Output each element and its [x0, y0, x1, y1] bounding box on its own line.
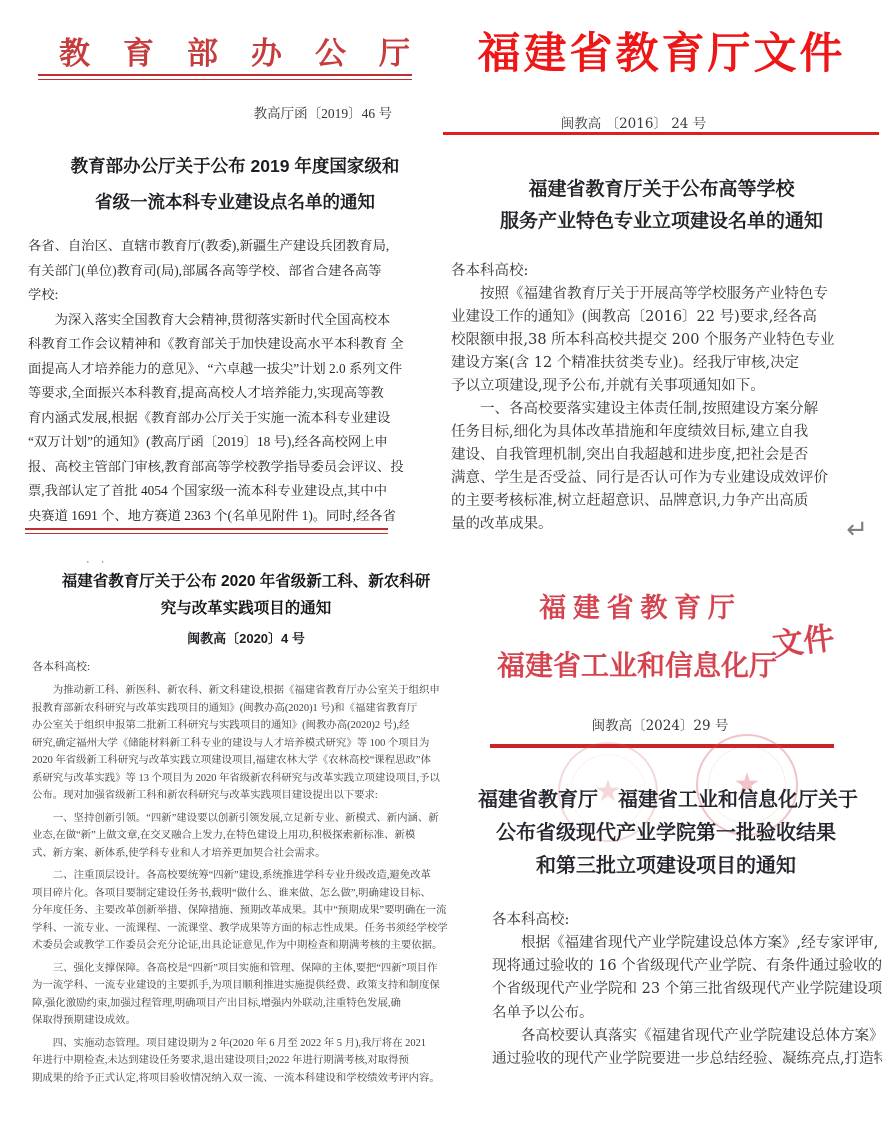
- text-line: 按照《福建省教育厅关于开展高等学校服务产业特色专: [451, 283, 875, 306]
- document-number: 闽教高〔2020〕4 号: [20, 628, 472, 647]
- text-line: 建设方案(含 12 个精准扶贫类专业)。经我厅审核,决定: [451, 352, 875, 375]
- text-line: 根据《福建省现代产业学院建设总体方案》,经专家评审,: [492, 932, 868, 955]
- paragraph: 各省、自治区、直辖市教育厅(教委),新疆生产建设兵团教育局,有关部门(单位)教育…: [28, 234, 432, 308]
- document-moe-office-2019: 教 育 部 办 公 厅 教高厅函〔2019〕46 号 教育部办公厅关于公布 20…: [20, 12, 450, 556]
- document-number: 闽教高〔2024〕29 号: [478, 714, 842, 734]
- document-number: 闽教高 〔2016〕 24 号: [413, 112, 854, 132]
- text-line: 四、实施动态管理。项目建设期为 2 年(2020 年 6 月至 2022 年 5…: [32, 1035, 472, 1053]
- header-double-rule: [38, 74, 412, 80]
- footer-double-rule: [25, 528, 388, 534]
- paragraph: 为深入落实全国教育大会精神,贯彻落实新时代全国高校本科教育工作会议精神和《教育部…: [28, 308, 432, 529]
- document-fujian-edu-2016: 福建省教育厅文件 闽教高 〔2016〕 24 号 福建省教育厅关于公布高等学校服…: [441, 12, 882, 556]
- text-line: 业态,在做“新”上做文章,在交叉融合上发力,在特色建设上用功,积极探索新标准、新…: [32, 827, 472, 845]
- text-line: 式、新方案、新体系,使学科专业和人才培养更加契合社会需求。: [32, 845, 472, 863]
- text-line: 学科、一流专业、一流课程、一流课堂、教学成果等方面的标志性成果。任务书须经学校学: [32, 920, 472, 938]
- paragraph: 三、强化支撑保障。各高校是“四新”项目实施和管理、保障的主体,要把“四新”项目作…: [32, 960, 472, 1030]
- paragraph: 根据《福建省现代产业学院建设总体方案》,经专家评审,现将通过验收的 16 个省级…: [492, 932, 868, 1025]
- paragraph: 一、坚持创新引领。“四新”建设要以创新引领发展,立足新专业、新模式、新内涵、新业…: [32, 810, 472, 863]
- text-line: 票,我部认定了首批 4054 个国家级一流本科专业建设点,其中中: [28, 479, 432, 504]
- text-line: 分年度任务、主要改革创新举措、保障措施、预期改革成果。其中“预期成果”要明确在一…: [32, 902, 472, 920]
- text-line: 公布。现对加强省级新工科和新农科研究与改革实践项目建设提出以下要求:: [32, 787, 472, 805]
- text-line: 服务产业特色专业立项建设名单的通知: [441, 206, 882, 238]
- text-line: 校限额申报,38 所本科高校共提交 200 个服务产业特色专业: [451, 329, 875, 352]
- document-title: 教育部办公厅关于公布 2019 年度国家级和省级一流本科专业建设点名单的通知: [20, 148, 450, 220]
- text-line: 业建设工作的通知》(闽教高〔2016〕22 号)要求,经各高: [451, 306, 875, 329]
- text-line: 系研究与改革实践》等 13 个项目为 2020 年省级新农科研究与改革实践立项建…: [32, 770, 472, 788]
- text-line: 通过验收的现代产业学院要进一步总结经验、凝练亮点,打造特: [492, 1048, 868, 1071]
- text-line: 予以立项建设,现予公布,并就有关事项通知如下。: [451, 375, 875, 398]
- text-line: “双万计划”的通知》(教高厅函〔2019〕18 号),经各高校网上申: [28, 430, 432, 455]
- paragraph: 二、注重顶层设计。各高校要统筹“四新”建设,系统推进学科专业升级改造,避免改革项…: [32, 867, 472, 955]
- text-line: 一、各高校要落实建设主体责任制,按照建设方案分解: [451, 398, 875, 421]
- text-line: 2020 年省级新工科研究与改革实践立项建设项目,福建农林大学《农林高校“课程思…: [32, 752, 472, 770]
- text-line: 研究,确定福州大学《储能材料新工科专业的建设与人才培养模式研究》等 100 个项…: [32, 735, 472, 753]
- text-line: 项目碎片化。各项目要制定建设任务书,载明“做什么、谁来做、怎么做”,明确建设目标…: [32, 885, 472, 903]
- text-line: 障,强化激励约束,加强过程管理,明确项目产出目标,增强内外联动,注重特色发展,确: [32, 995, 472, 1013]
- document-body: 为推动新工科、新医科、新农科、新文科建设,根据《福建省教育厅办公室关于组织申报教…: [32, 682, 472, 1092]
- text-line: 为一流学科、一流专业建设的主要抓手,为项目顺利推进实施提供经费、政策支持和制度保: [32, 977, 472, 995]
- text-line: 年进行中期检查,未达到建设任务要求,退出建设项目;2022 年进行期满考核,对取…: [32, 1052, 472, 1070]
- text-line: 福建省教育厅关于公布高等学校: [441, 174, 882, 206]
- salutation: 各本科高校:: [492, 908, 569, 929]
- document-title: 福建省教育厅关于公布高等学校服务产业特色专业立项建设名单的通知: [441, 174, 882, 238]
- text-line: 任务目标,细化为具体改革措施和年度绩效目标,建立自我: [451, 421, 875, 444]
- text-line: 央赛道 1691 个、地方赛道 2363 个(名单见附件 1)。同时,经各省: [28, 504, 432, 529]
- document-body: 各本科高校: 按照《福建省教育厅关于开展高等学校服务产业特色专业建设工作的通知》…: [451, 260, 875, 536]
- text-line: 报、高校主管部门审核,教育部高等学校教学指导委员会评议、投: [28, 455, 432, 480]
- document-fujian-edu-2020: · · 福建省教育厅关于公布 2020 年省级新工科、新农科研究与改革实践项目的…: [20, 556, 472, 1124]
- text-line: 面提高人才培养能力的意见》、“六卓越一拔尖”计划 2.0 系列文件: [28, 357, 432, 382]
- text-line: 三、强化支撑保障。各高校是“四新”项目实施和管理、保障的主体,要把“四新”项目作: [32, 960, 472, 978]
- text-line: 科教育工作会议精神和《教育部关于加快建设高水平本科教育 全: [28, 332, 432, 357]
- scan-artifact-dots: · ·: [86, 556, 108, 568]
- document-collage-page: 教 育 部 办 公 厅 教高厅函〔2019〕46 号 教育部办公厅关于公布 20…: [0, 0, 882, 1124]
- paragraph: 按照《福建省教育厅关于开展高等学校服务产业特色专业建设工作的通知》(闽教高〔20…: [451, 283, 875, 398]
- salutation: 各本科高校:: [32, 658, 90, 674]
- text-line: 公布省级现代产业学院第一批验收结果: [478, 817, 854, 850]
- paragraph: 四、实施动态管理。项目建设期为 2 年(2020 年 6 月至 2022 年 5…: [32, 1035, 472, 1088]
- text-line: 各省、自治区、直辖市教育厅(教委),新疆生产建设兵团教育局,: [28, 234, 432, 259]
- text-line: 学校:: [28, 283, 432, 308]
- agency-header: 福建省教育厅文件: [441, 20, 882, 81]
- header-rule: [490, 744, 834, 748]
- text-line: 和第三批立项建设项目的通知: [478, 850, 854, 883]
- document-title: 福建省教育厅关于公布 2020 年省级新工科、新农科研究与改革实践项目的通知: [20, 568, 472, 622]
- text-line: 量的改革成果。: [451, 513, 875, 536]
- agency-header: 教 育 部 办 公 厅: [20, 28, 450, 73]
- text-line: 一、坚持创新引领。“四新”建设要以创新引领发展,立足新专业、新模式、新内涵、新: [32, 810, 472, 828]
- document-body: 各省、自治区、直辖市教育厅(教委),新疆生产建设兵团教育局,有关部门(单位)教育…: [28, 234, 432, 528]
- header-rule: [443, 132, 879, 135]
- text-line: 个省级现代产业学院和 23 个第三批省级现代产业学院建设项目: [492, 978, 868, 1001]
- text-line: 期成果的给予正式认定,将项目验收情况纳入双一流、一流本科建设和学校绩效考评内容。: [32, 1070, 472, 1088]
- text-line: 为深入落实全国教育大会精神,贯彻落实新时代全国高校本: [28, 308, 432, 333]
- text-line: 福建省教育厅关于公布 2020 年省级新工科、新农科研: [20, 568, 472, 595]
- text-line: 育内涵式发展,根据《教育部办公厅关于实施一流本科专业建设: [28, 406, 432, 431]
- text-line: 为推动新工科、新医科、新农科、新文科建设,根据《福建省教育厅办公室关于组织申: [32, 682, 472, 700]
- text-line: 究与改革实践项目的通知: [20, 595, 472, 622]
- agency-header-suffix: 文件: [769, 612, 836, 664]
- text-line: 等要求,全面振兴本科教育,提高高校人才培养能力,实现高等教: [28, 381, 432, 406]
- agency-header-line1: 福 建 省 教 育 厅: [490, 586, 784, 625]
- text-line: 有关部门(单位)教育司(局),部属各高等学校、部省合建各高等: [28, 259, 432, 284]
- text-line: 办公室关于组织申报第二批新工科研究与实践项目的通知》(闽教办高(2020)2 号…: [32, 717, 472, 735]
- text-line: 报教育部新农科研究与改革实践项目的通知》(闽教办高(2020)1 号)和《福建省…: [32, 700, 472, 718]
- agency-header-line2: 福建省工业和信息化厅: [490, 644, 784, 684]
- text-line: 福建省教育厅 福建省工业和信息化厅关于: [478, 784, 854, 817]
- paragraph: 为推动新工科、新医科、新农科、新文科建设,根据《福建省教育厅办公室关于组织申报教…: [32, 682, 472, 805]
- text-line: 术委员会或教学工作委员会充分论证,出具论证意见,作为中期检查和期满考核的主要依据…: [32, 937, 472, 955]
- text-line: 建设、自我管理机制,突出自我超越和进步度,把社会是否: [451, 444, 875, 467]
- text-line: 各本科高校:: [451, 260, 875, 283]
- paragraph-return-icon: ↵: [846, 515, 868, 545]
- text-line: 保取得预期建设成效。: [32, 1012, 472, 1030]
- document-joint-2024: 福 建 省 教 育 厅 福建省工业和信息化厅 文件 闽教高〔2024〕29 号 …: [478, 556, 882, 1124]
- paragraph: 一、各高校要落实建设主体责任制,按照建设方案分解任务目标,细化为具体改革措施和年…: [451, 398, 875, 536]
- document-number: 教高厅函〔2019〕46 号: [254, 102, 392, 122]
- text-line: 各高校要认真落实《福建省现代产业学院建设总体方案》,: [492, 1025, 868, 1048]
- text-line: 二、注重顶层设计。各高校要统筹“四新”建设,系统推进学科专业升级改造,避免改革: [32, 867, 472, 885]
- paragraph: 各高校要认真落实《福建省现代产业学院建设总体方案》,通过验收的现代产业学院要进一…: [492, 1025, 868, 1071]
- paragraph: 各本科高校:: [451, 260, 875, 283]
- text-line: 名单予以公布。: [492, 1002, 868, 1025]
- text-line: 满意、学生是否受益、同行是否认可作为专业建设成效评价: [451, 467, 875, 490]
- text-line: 省级一流本科专业建设点名单的通知: [20, 184, 450, 220]
- document-title: 福建省教育厅 福建省工业和信息化厅关于公布省级现代产业学院第一批验收结果和第三批…: [478, 784, 854, 883]
- text-line: 教育部办公厅关于公布 2019 年度国家级和: [20, 148, 450, 184]
- text-line: 现将通过验收的 16 个省级现代产业学院、有条件通过验收的 5: [492, 955, 868, 978]
- text-line: 的主要考核标准,树立赶超意识、品牌意识,力争产出高质: [451, 490, 875, 513]
- document-body: 根据《福建省现代产业学院建设总体方案》,经专家评审,现将通过验收的 16 个省级…: [492, 932, 868, 1071]
